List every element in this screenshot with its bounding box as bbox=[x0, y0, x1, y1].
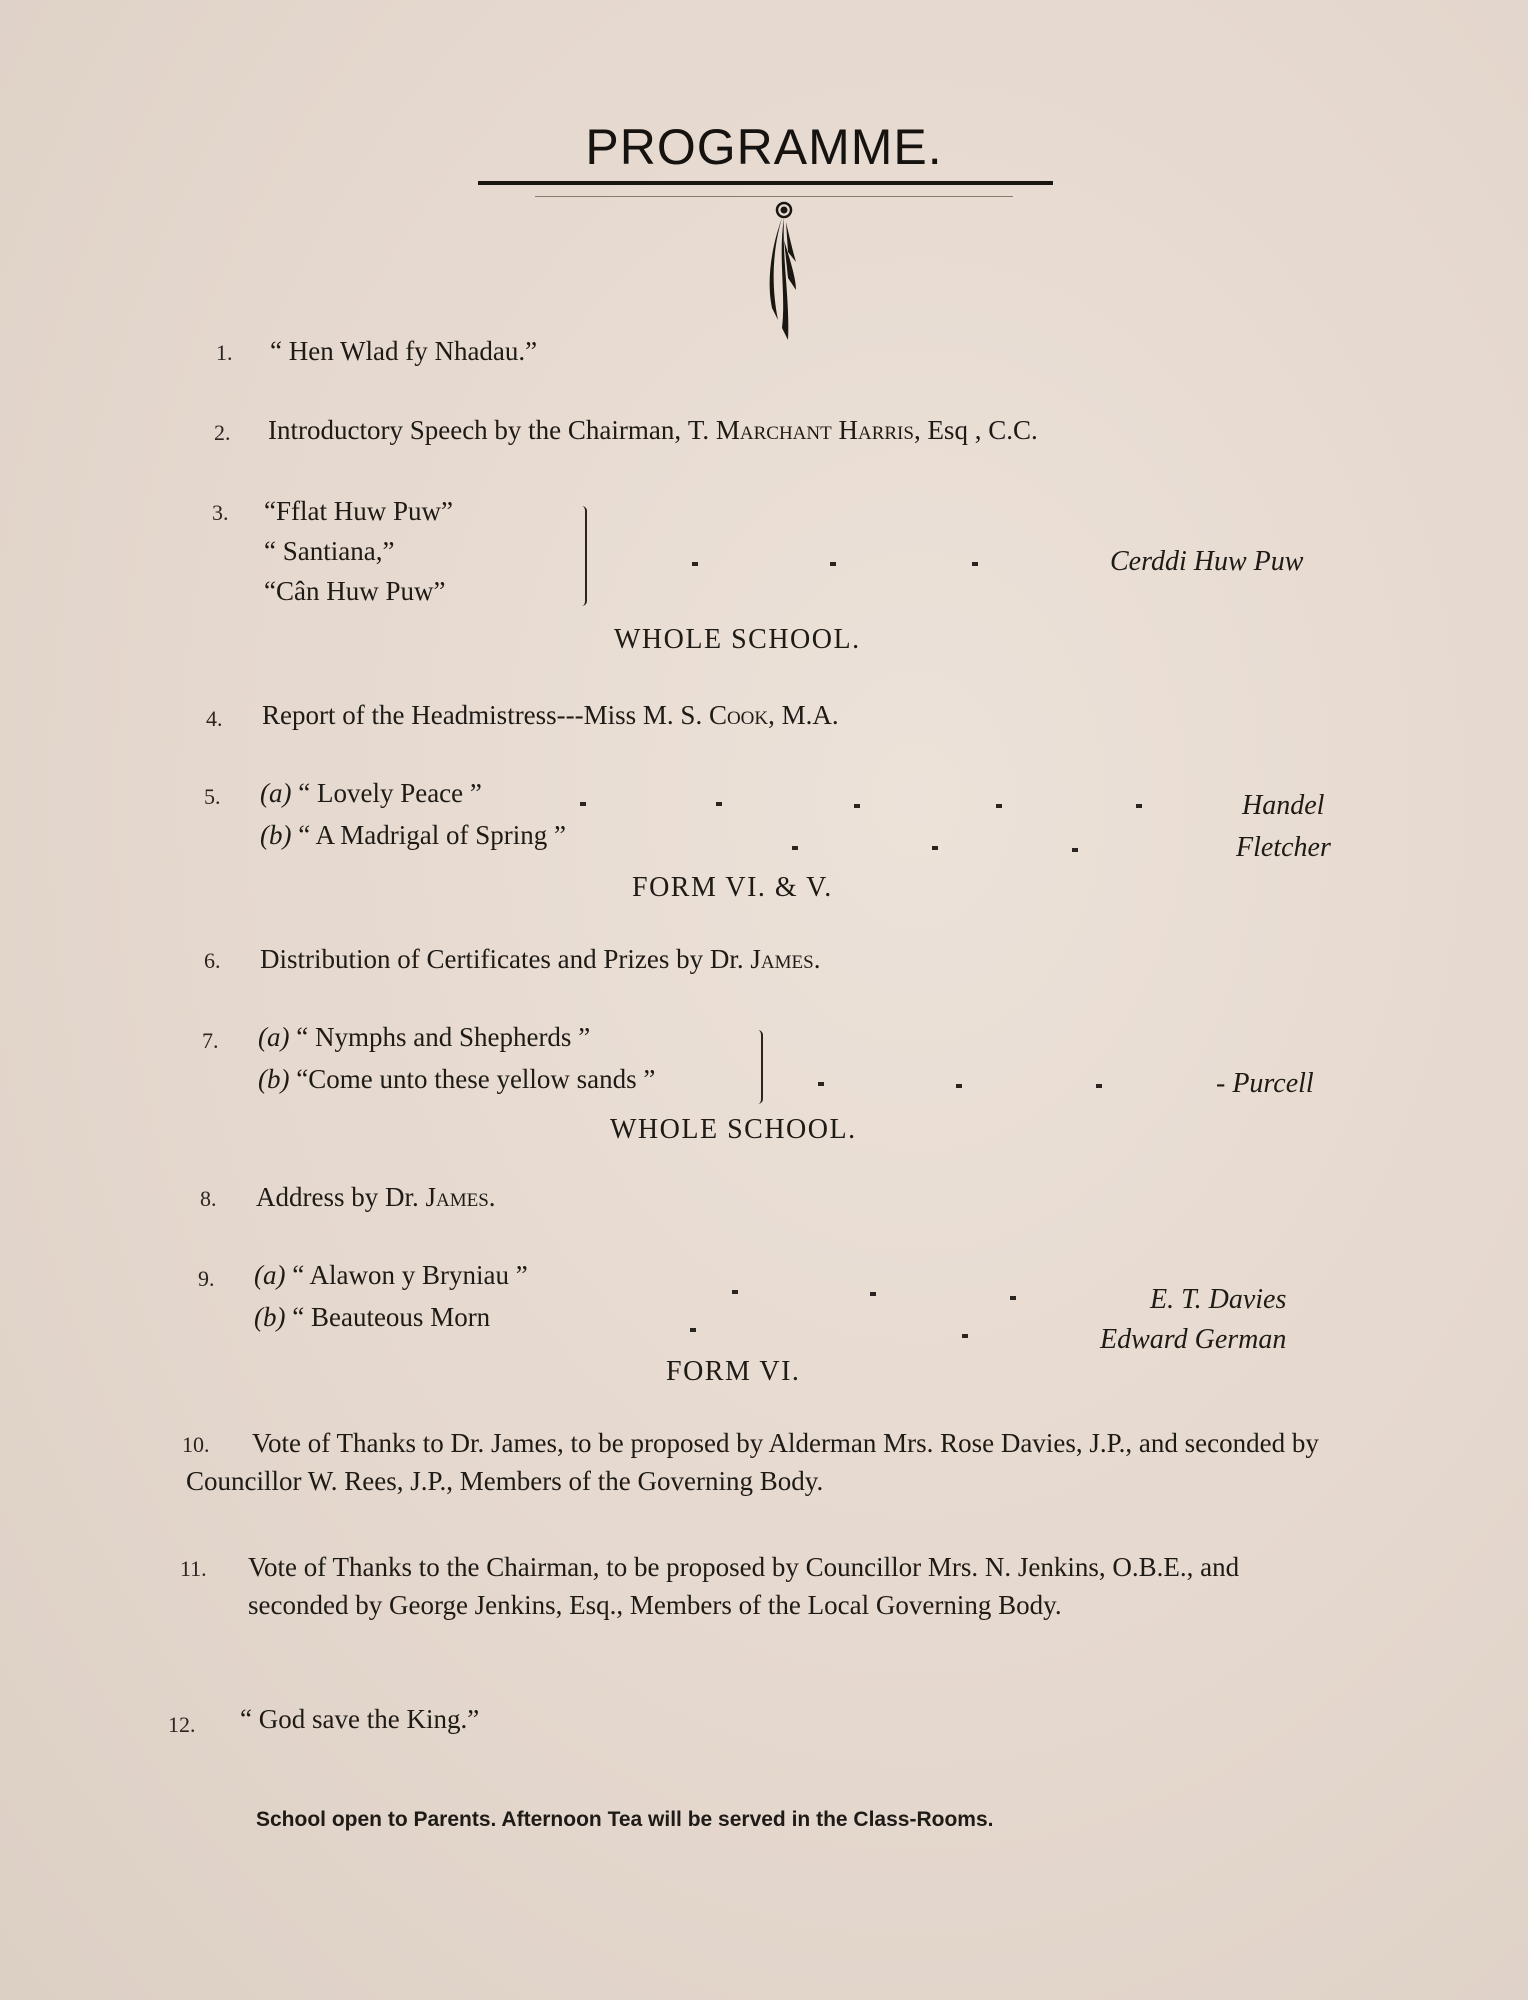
composer: E. T. Davies bbox=[1150, 1284, 1286, 1316]
item-text: Report of the Headmistress---Miss M. S. … bbox=[262, 700, 839, 731]
person-name: T. Marchant Harris bbox=[688, 415, 914, 445]
leader-dot bbox=[830, 562, 836, 566]
leader-dot bbox=[854, 804, 860, 808]
item-text-main: Introductory Speech by the Chairman, bbox=[268, 415, 688, 445]
song-title: “ Santiana,” bbox=[264, 536, 394, 567]
item-suffix: , M.A. bbox=[768, 700, 839, 730]
performers: WHOLE SCHOOL. bbox=[614, 624, 861, 656]
composer: Cerddi Huw Puw bbox=[1110, 546, 1303, 578]
leader-dot bbox=[580, 802, 586, 806]
brace-icon bbox=[758, 1030, 763, 1104]
song-line: (b) “ Beauteous Morn bbox=[254, 1302, 490, 1333]
composer: - Purcell bbox=[1216, 1068, 1314, 1100]
performers: WHOLE SCHOOL. bbox=[610, 1114, 857, 1146]
item-suffix: . bbox=[489, 1182, 496, 1212]
footer-note: School open to Parents. Afternoon Tea wi… bbox=[256, 1808, 993, 1832]
leader-dot bbox=[1072, 848, 1078, 852]
person-name: James bbox=[426, 1182, 489, 1212]
item-number: 8. bbox=[200, 1186, 217, 1212]
leader-dot bbox=[690, 1328, 696, 1332]
item-number: 4. bbox=[206, 706, 223, 732]
leader-dot bbox=[996, 804, 1002, 808]
leader-dot bbox=[792, 846, 798, 850]
item-text: Vote of Thanks to Dr. James, to be propo… bbox=[186, 1424, 1336, 1500]
item-text: Distribution of Certificates and Prizes … bbox=[260, 944, 820, 975]
song-title: “ Alawon y Bryniau ” bbox=[292, 1260, 527, 1290]
leader-dot bbox=[962, 1334, 968, 1338]
part-label: (b) bbox=[260, 820, 291, 850]
item-suffix: , Esq , C.C. bbox=[914, 415, 1038, 445]
item-text: Introductory Speech by the Chairman, T. … bbox=[268, 415, 1038, 446]
song-line: (b) “Come unto these yellow sands ” bbox=[258, 1064, 655, 1095]
item-suffix: . bbox=[814, 944, 821, 974]
leader-dot bbox=[716, 802, 722, 806]
part-label: (b) bbox=[258, 1064, 289, 1094]
item-text: “ Hen Wlad fy Nhadau.” bbox=[270, 336, 537, 367]
song-line: (b) “ A Madrigal of Spring ” bbox=[260, 820, 566, 851]
leader-dot bbox=[732, 1290, 738, 1294]
leader-dot bbox=[956, 1084, 962, 1088]
title-rule-thick bbox=[478, 181, 1053, 185]
item-number: 2. bbox=[214, 420, 231, 446]
item-text-main: Distribution of Certificates and Prizes … bbox=[260, 944, 750, 974]
part-label: (a) bbox=[254, 1260, 285, 1290]
item-text: Address by Dr. James. bbox=[256, 1182, 496, 1213]
item-number: 11. bbox=[180, 1556, 207, 1582]
leader-dot bbox=[1010, 1296, 1016, 1300]
page-title: PROGRAMME. bbox=[0, 118, 1528, 176]
brace-icon bbox=[582, 506, 587, 606]
person-name: James bbox=[750, 944, 813, 974]
item-text-main: Address by Dr. bbox=[256, 1182, 426, 1212]
composer: Fletcher bbox=[1236, 832, 1331, 864]
composer: Handel bbox=[1242, 790, 1324, 822]
item-number: 1. bbox=[216, 340, 233, 366]
item-number: 3. bbox=[212, 500, 229, 526]
part-label: (a) bbox=[258, 1022, 289, 1052]
leader-dot bbox=[1136, 804, 1142, 808]
song-title: “ Nymphs and Shepherds ” bbox=[296, 1022, 590, 1052]
part-label: (a) bbox=[260, 778, 291, 808]
person-name: Cook bbox=[709, 700, 768, 730]
leader-dot bbox=[818, 1082, 824, 1086]
item-text: “ God save the King.” bbox=[240, 1704, 479, 1735]
leader-dot bbox=[1096, 1084, 1102, 1088]
item-number: 5. bbox=[204, 784, 221, 810]
song-title: “Come unto these yellow sands ” bbox=[296, 1064, 655, 1094]
pendant-ornament-icon bbox=[760, 200, 820, 345]
title-rule-thin bbox=[535, 196, 1013, 197]
composer: Edward German bbox=[1100, 1324, 1286, 1356]
song-line: (a) “ Lovely Peace ” bbox=[260, 778, 482, 809]
item-number: 7. bbox=[202, 1028, 219, 1054]
item-text-main: Report of the Headmistress---Miss M. S. bbox=[262, 700, 709, 730]
leader-dot bbox=[932, 846, 938, 850]
song-title: “ A Madrigal of Spring ” bbox=[298, 820, 566, 850]
item-number: 6. bbox=[204, 948, 221, 974]
item-text: Vote of Thanks to the Chairman, to be pr… bbox=[248, 1548, 1326, 1624]
leader-dot bbox=[870, 1292, 876, 1296]
item-number: 12. bbox=[168, 1712, 196, 1738]
song-title: “Fflat Huw Puw” bbox=[264, 496, 453, 527]
leader-dot bbox=[972, 562, 978, 566]
leader-dot bbox=[692, 562, 698, 566]
song-title: “ Beauteous Morn bbox=[292, 1302, 490, 1332]
song-title: “ Lovely Peace ” bbox=[298, 778, 482, 808]
song-line: (a) “ Nymphs and Shepherds ” bbox=[258, 1022, 590, 1053]
song-line: (a) “ Alawon y Bryniau ” bbox=[254, 1260, 528, 1291]
performers: FORM VI. & V. bbox=[632, 872, 833, 904]
item-number: 9. bbox=[198, 1266, 215, 1292]
part-label: (b) bbox=[254, 1302, 285, 1332]
song-title: “Cân Huw Puw” bbox=[264, 576, 445, 607]
performers: FORM VI. bbox=[666, 1356, 800, 1388]
